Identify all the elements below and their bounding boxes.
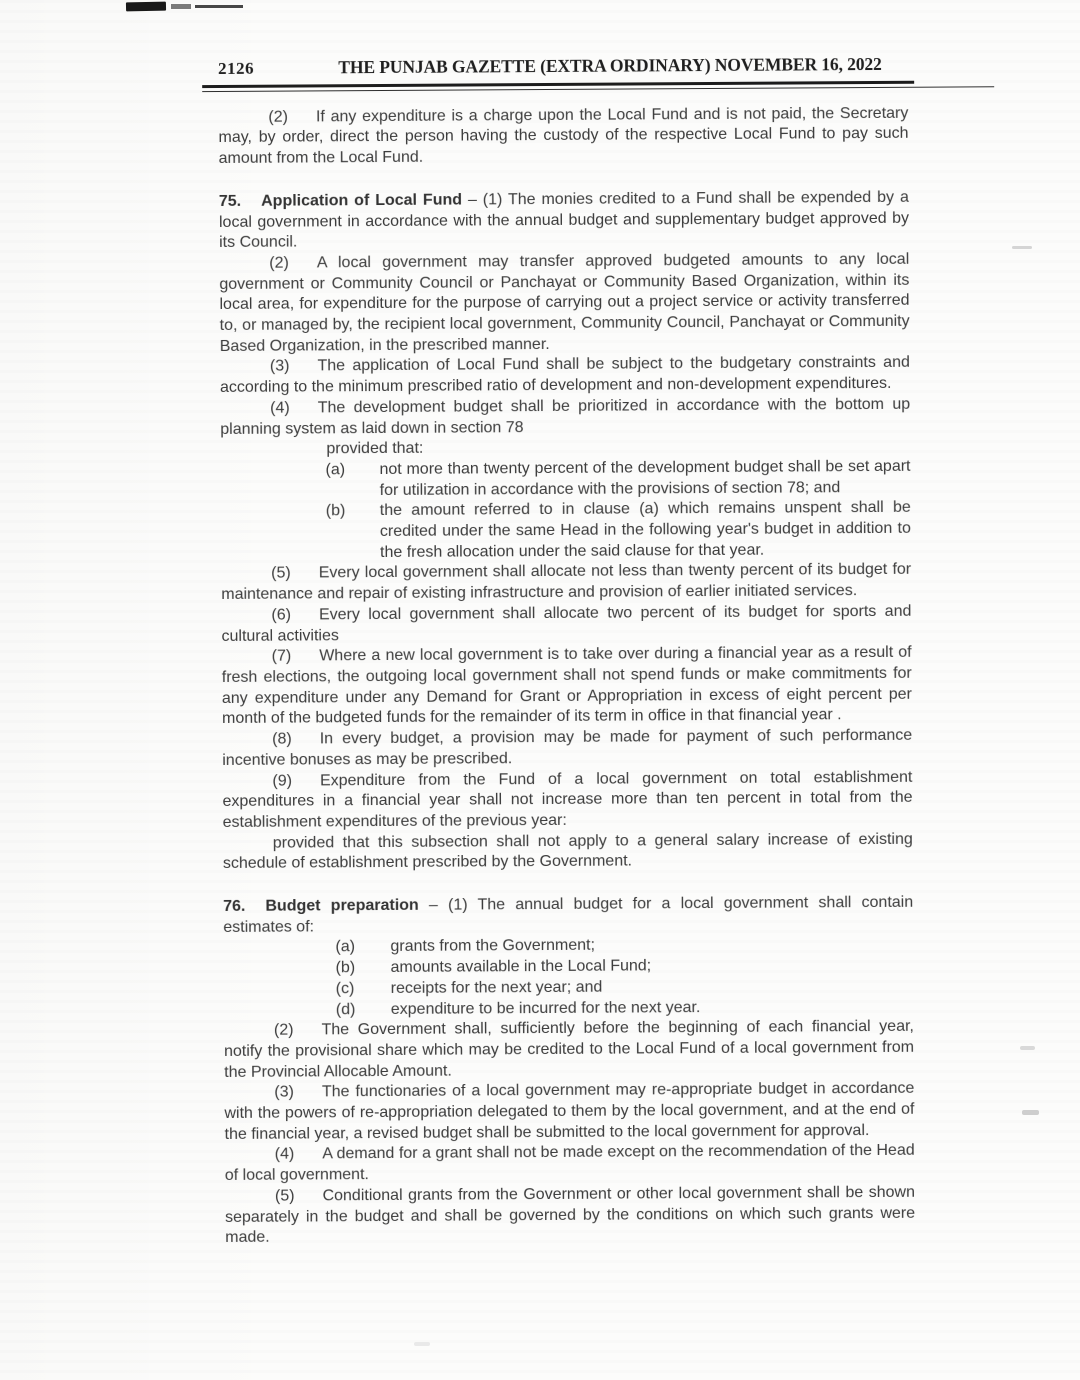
clause-label: (c): [336, 979, 355, 1000]
paragraph-text: If any expenditure is a charge upon the …: [218, 104, 908, 167]
scan-artifact-right-margin: [1020, 1046, 1035, 1050]
paragraph-text: A local government may transfer approved…: [219, 251, 909, 355]
paragraph-intro-2: (2)If any expenditure is a charge upon t…: [218, 103, 908, 169]
paragraph-label: (2): [268, 108, 288, 125]
gazette-title: THE PUNJAB GAZETTE (EXTRA ORDINARY) NOVE…: [312, 54, 908, 78]
scan-artifact-top-left: [195, 5, 243, 8]
paragraph-label: (2): [269, 254, 289, 271]
page-header: 2126 THE PUNJAB GAZETTE (EXTRA ORDINARY)…: [218, 54, 908, 80]
paragraph-text: Every local government shall allocate no…: [221, 561, 911, 603]
paragraph-75-6: (6)Every local government shall allocate…: [221, 602, 911, 648]
paragraph-text: The Government shall, sufficiently befor…: [224, 1018, 914, 1081]
section-title: Budget preparation: [265, 897, 418, 915]
paragraph-76-4: (4)A demand for a grant shall not be mad…: [225, 1141, 915, 1187]
clause-text: not more than twenty percent of the deve…: [379, 458, 910, 499]
paragraph-label: (3): [270, 358, 290, 375]
paragraph-label: (7): [272, 648, 292, 665]
paragraph-text: In every budget, a provision may be made…: [222, 727, 912, 769]
paragraph-label: (9): [272, 772, 292, 789]
section-75-heading: 75.Application of Local Fund – (1) The m…: [219, 188, 909, 254]
scan-artifact-right-margin: [1012, 246, 1032, 249]
clause-75-4-a: (a)not more than twenty percent of the d…: [325, 457, 910, 502]
clause-text: grants from the Government;: [390, 937, 595, 955]
section-number: 76.: [223, 898, 245, 915]
paragraph-75-2: (2)A local government may transfer appro…: [219, 250, 910, 358]
paragraph-text: Expenditure from the Fund of a local gov…: [222, 768, 912, 831]
header-rule: [202, 80, 914, 93]
paragraph-text: The application of Local Fund shall be s…: [220, 354, 910, 396]
paragraph-label: (4): [275, 1146, 295, 1163]
paragraph-label: (4): [270, 399, 290, 416]
page-number: 2126: [218, 58, 312, 79]
clause-text: receipts for the next year; and: [391, 978, 603, 996]
clause-label: (b): [326, 502, 346, 523]
paragraph-76-2: (2)The Government shall, sufficiently be…: [224, 1017, 914, 1083]
paragraph-76-5: (5)Conditional grants from the Governmen…: [225, 1183, 915, 1249]
paragraph-75-9: (9)Expenditure from the Fund of a local …: [222, 767, 912, 833]
section-76-heading: 76.Budget preparation – (1) The annual b…: [223, 893, 913, 939]
scan-artifact-bottom: [414, 1342, 430, 1346]
paragraph-75-3: (3)The application of Local Fund shall b…: [220, 353, 910, 399]
paragraph-text: The development budget shall be prioriti…: [220, 396, 910, 438]
clause-text: expenditure to be incurred for the next …: [391, 999, 701, 1018]
paragraph-text: The functionaries of a local government …: [224, 1080, 914, 1143]
document-body: 2126 THE PUNJAB GAZETTE (EXTRA ORDINARY)…: [218, 54, 915, 1249]
clause-text: the amount referred to in clause (a) whi…: [380, 499, 911, 561]
scanned-gazette-page: 2126 THE PUNJAB GAZETTE (EXTRA ORDINARY)…: [0, 0, 1080, 1380]
paragraph-text: Every local government shall allocate tw…: [221, 603, 911, 645]
paragraph-text: Conditional grants from the Government o…: [225, 1184, 915, 1247]
paragraph-75-8: (8)In every budget, a provision may be m…: [222, 726, 912, 772]
clause-75-4-b: (b)the amount referred to in clause (a) …: [326, 498, 911, 564]
scan-artifact-top-left: [171, 4, 191, 9]
paragraph-76-3: (3)The functionaries of a local governme…: [224, 1079, 914, 1145]
paragraph-75-9-proviso: provided that this subsection shall not …: [223, 829, 913, 875]
clause-76-1-d: (d)expenditure to be incurred for the ne…: [336, 996, 914, 1020]
clause-label: (d): [336, 1000, 356, 1021]
paragraph-label: (5): [275, 1187, 295, 1204]
paragraph-75-7: (7)Where a new local government is to ta…: [222, 643, 912, 730]
paragraph-text: Where a new local government is to take …: [222, 644, 912, 727]
paragraph-label: (3): [274, 1084, 294, 1101]
paragraph-label: (2): [274, 1022, 294, 1039]
paragraph-75-5: (5)Every local government shall allocate…: [221, 560, 911, 606]
clause-label: (b): [336, 958, 356, 979]
paragraph-text: A demand for a grant shall not be made e…: [225, 1142, 915, 1184]
section-title: Application of Local Fund: [261, 191, 462, 209]
clause-text: amounts available in the Local Fund;: [391, 957, 652, 976]
clause-label: (a): [325, 460, 345, 481]
clause-label: (a): [335, 938, 355, 959]
paragraph-75-4: (4)The development budget shall be prior…: [220, 395, 910, 441]
scan-artifact-right-margin: [1022, 1110, 1039, 1115]
paragraph-label: (5): [271, 565, 291, 582]
scan-artifact-top-left: [126, 2, 166, 12]
paragraph-label: (6): [271, 606, 291, 623]
paragraph-label: (8): [272, 731, 292, 748]
section-number: 75.: [219, 193, 241, 210]
